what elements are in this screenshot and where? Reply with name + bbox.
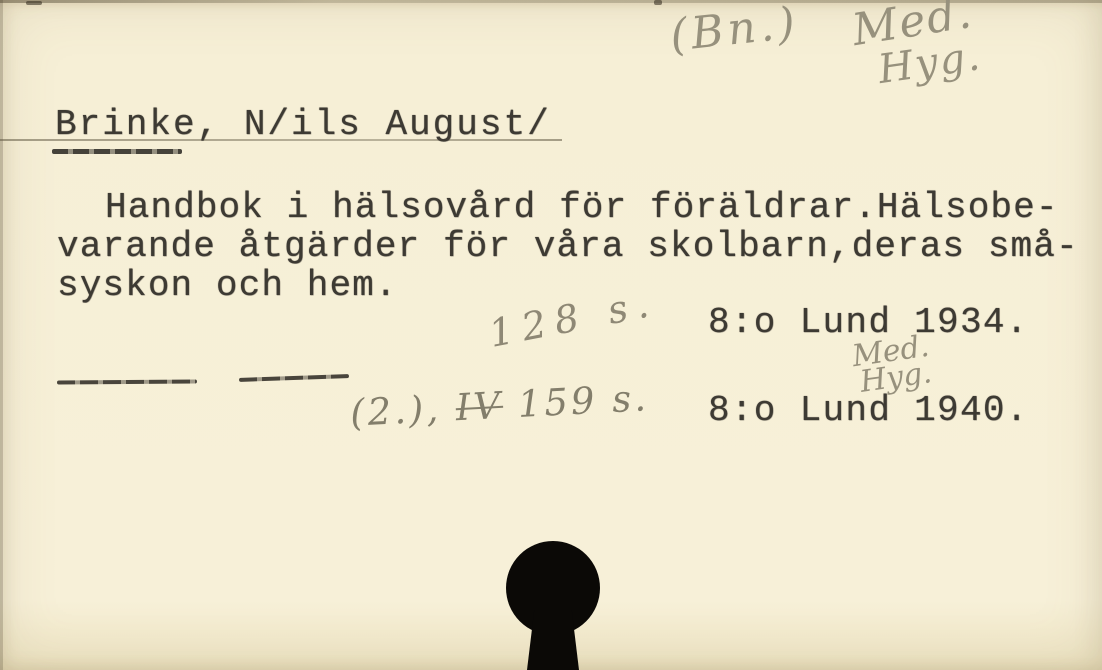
title-line-2: varande åtgärder för våra skolbarn,deras… (57, 227, 1079, 266)
catalog-card: (Bn.) Med. Hyg. Brinke, N/ils August/ Ha… (0, 0, 1102, 670)
author-heading: Brinke, N/ils August/ (55, 104, 551, 145)
note-1940-handwritten: (2.), IV 159 s. (349, 376, 650, 435)
note-1940-pages: 159 s. (517, 376, 650, 426)
ink-speck (26, 1, 42, 5)
imprint-1940: 8:o Lund 1940. (708, 390, 1029, 431)
note-1940-roman-numeral: IV (455, 384, 505, 429)
keyhole-stem (527, 610, 579, 670)
classmark-annotation: (Bn.) (668, 0, 802, 62)
author-underline (52, 149, 182, 154)
ditto-dash-1 (57, 380, 197, 385)
card-left-edge (0, 0, 3, 670)
title-paragraph: Handbok i hälsovård för föräldrar.Hälsob… (57, 188, 1079, 305)
ink-speck (654, 0, 662, 5)
title-line-1: Handbok i hälsovård för föräldrar.Hälsob… (57, 188, 1079, 227)
note-1940-prefix: (2.), (349, 387, 442, 435)
ditto-dash-2 (239, 374, 349, 382)
